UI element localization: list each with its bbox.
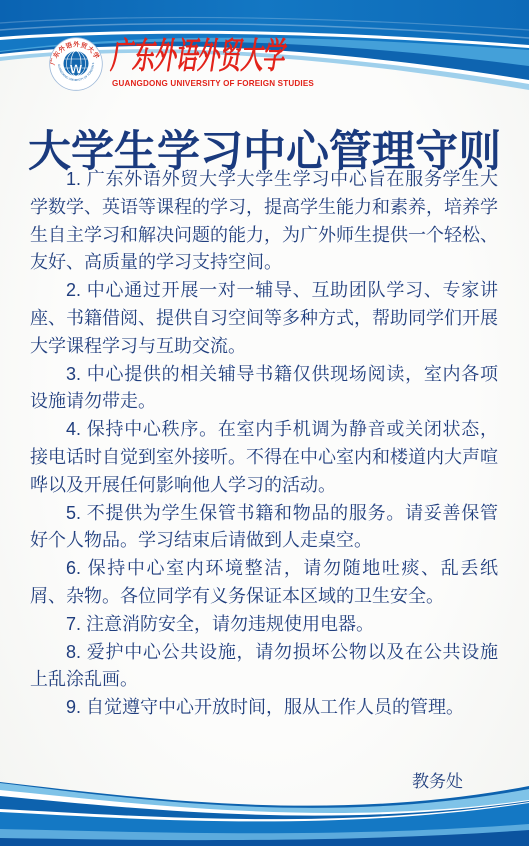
university-name-zh: 广东外语外贸大学: [110, 36, 296, 76]
footer-wave-decoration: [0, 716, 529, 846]
university-emblem-icon: 广东外语外贸大学 W GUANGDONG UNIVERSITY OF FOREI…: [49, 37, 103, 91]
rule-item-3: 3. 中心提供的相关辅导书籍仅供现场阅读，室内各项设施请勿带走。: [30, 361, 498, 417]
rule-item-5: 5. 不提供为学生保管书籍和物品的服务。请妥善保管好个人物品。学习结束后请做到人…: [30, 500, 498, 556]
rule-item-1: 1. 广东外语外贸大学大学生学习中心旨在服务学生大学数学、英语等课程的学习，提高…: [30, 166, 498, 277]
rule-item-6: 6. 保持中心室内环境整洁，请勿随地吐痰、乱丢纸屑、杂物。各位同学有义务保证本区…: [30, 555, 498, 611]
poster: 广东外语外贸大学 W GUANGDONG UNIVERSITY OF FOREI…: [0, 0, 529, 846]
rule-item-7: 7. 注意消防安全，请勿违规使用电器。: [30, 611, 498, 639]
rule-item-2: 2. 中心通过开展一对一辅导、互助团队学习、专家讲座、书籍借阅、提供自习空间等多…: [30, 277, 498, 360]
emblem-globe-letter: W: [69, 63, 82, 77]
rule-item-4: 4. 保持中心秩序。在室内手机调为静音或关闭状态，接电话时自觉到室外接听。不得在…: [30, 416, 498, 499]
university-name-en: GUANGDONG UNIVERSITY OF FOREIGN STUDIES: [112, 78, 314, 88]
rules-list: 1. 广东外语外贸大学大学生学习中心旨在服务学生大学数学、英语等课程的学习，提高…: [30, 166, 498, 722]
rule-item-8: 8. 爱护中心公共设施，请勿损坏公物以及在公共设施上乱涂乱画。: [30, 639, 498, 695]
